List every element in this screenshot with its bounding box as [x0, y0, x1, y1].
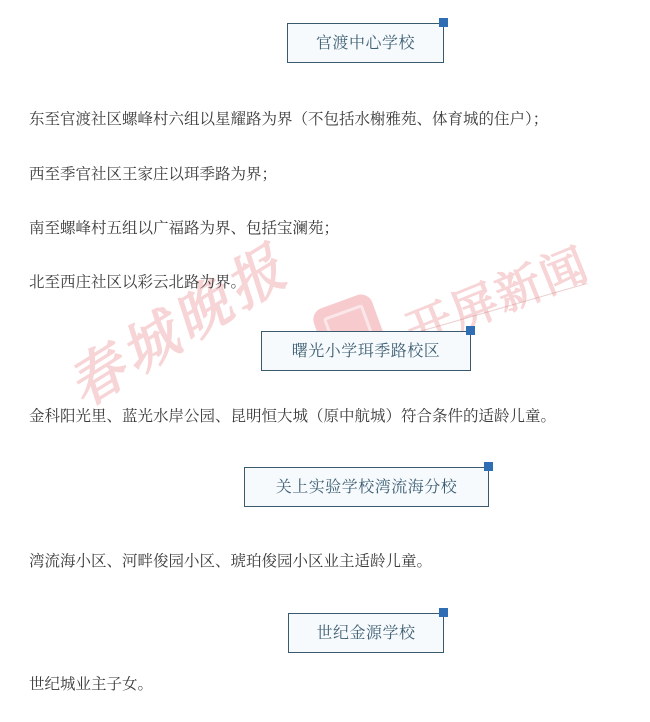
section-title-text: 曙光小学珥季路校区	[292, 341, 441, 360]
corner-square-icon	[466, 326, 475, 335]
paragraph-shuguang-area: 金科阳光里、蓝光水岸公园、昆明恒大城（原中航城）符合条件的适龄儿童。	[29, 406, 556, 426]
paragraph-north-boundary: 北至西庄社区以彩云北路为界。	[29, 272, 246, 292]
paragraph-century-area: 世纪城业主子女。	[29, 674, 153, 694]
section-title-text: 官渡中心学校	[316, 33, 415, 52]
paragraph-wanliuhai-area: 湾流海小区、河畔俊园小区、琥珀俊园小区业主适龄儿童。	[29, 551, 432, 571]
corner-square-icon	[439, 608, 448, 617]
paragraph-south-boundary: 南至螺峰村五组以广福路为界、包括宝澜苑；	[29, 218, 339, 238]
section-title-guandu-center-school: 官渡中心学校	[287, 23, 444, 63]
section-title-text: 关上实验学校湾流海分校	[276, 477, 458, 496]
corner-square-icon	[484, 462, 493, 471]
paragraph-east-boundary: 东至官渡社区螺峰村六组以星耀路为界（不包括水榭雅苑、体育城的住户）；	[29, 109, 548, 129]
watermark-chuncheng-text: 春城晚报	[50, 224, 303, 423]
corner-square-icon	[439, 18, 448, 27]
section-title-text: 世纪金源学校	[316, 623, 415, 642]
section-title-shuguang-primary: 曙光小学珥季路校区	[261, 331, 471, 371]
section-title-century-jinyuan: 世纪金源学校	[288, 613, 444, 653]
section-title-guanshang-wanliuhai: 关上实验学校湾流海分校	[244, 467, 489, 507]
paragraph-west-boundary: 西至季官社区王家庄以珥季路为界；	[29, 164, 277, 184]
